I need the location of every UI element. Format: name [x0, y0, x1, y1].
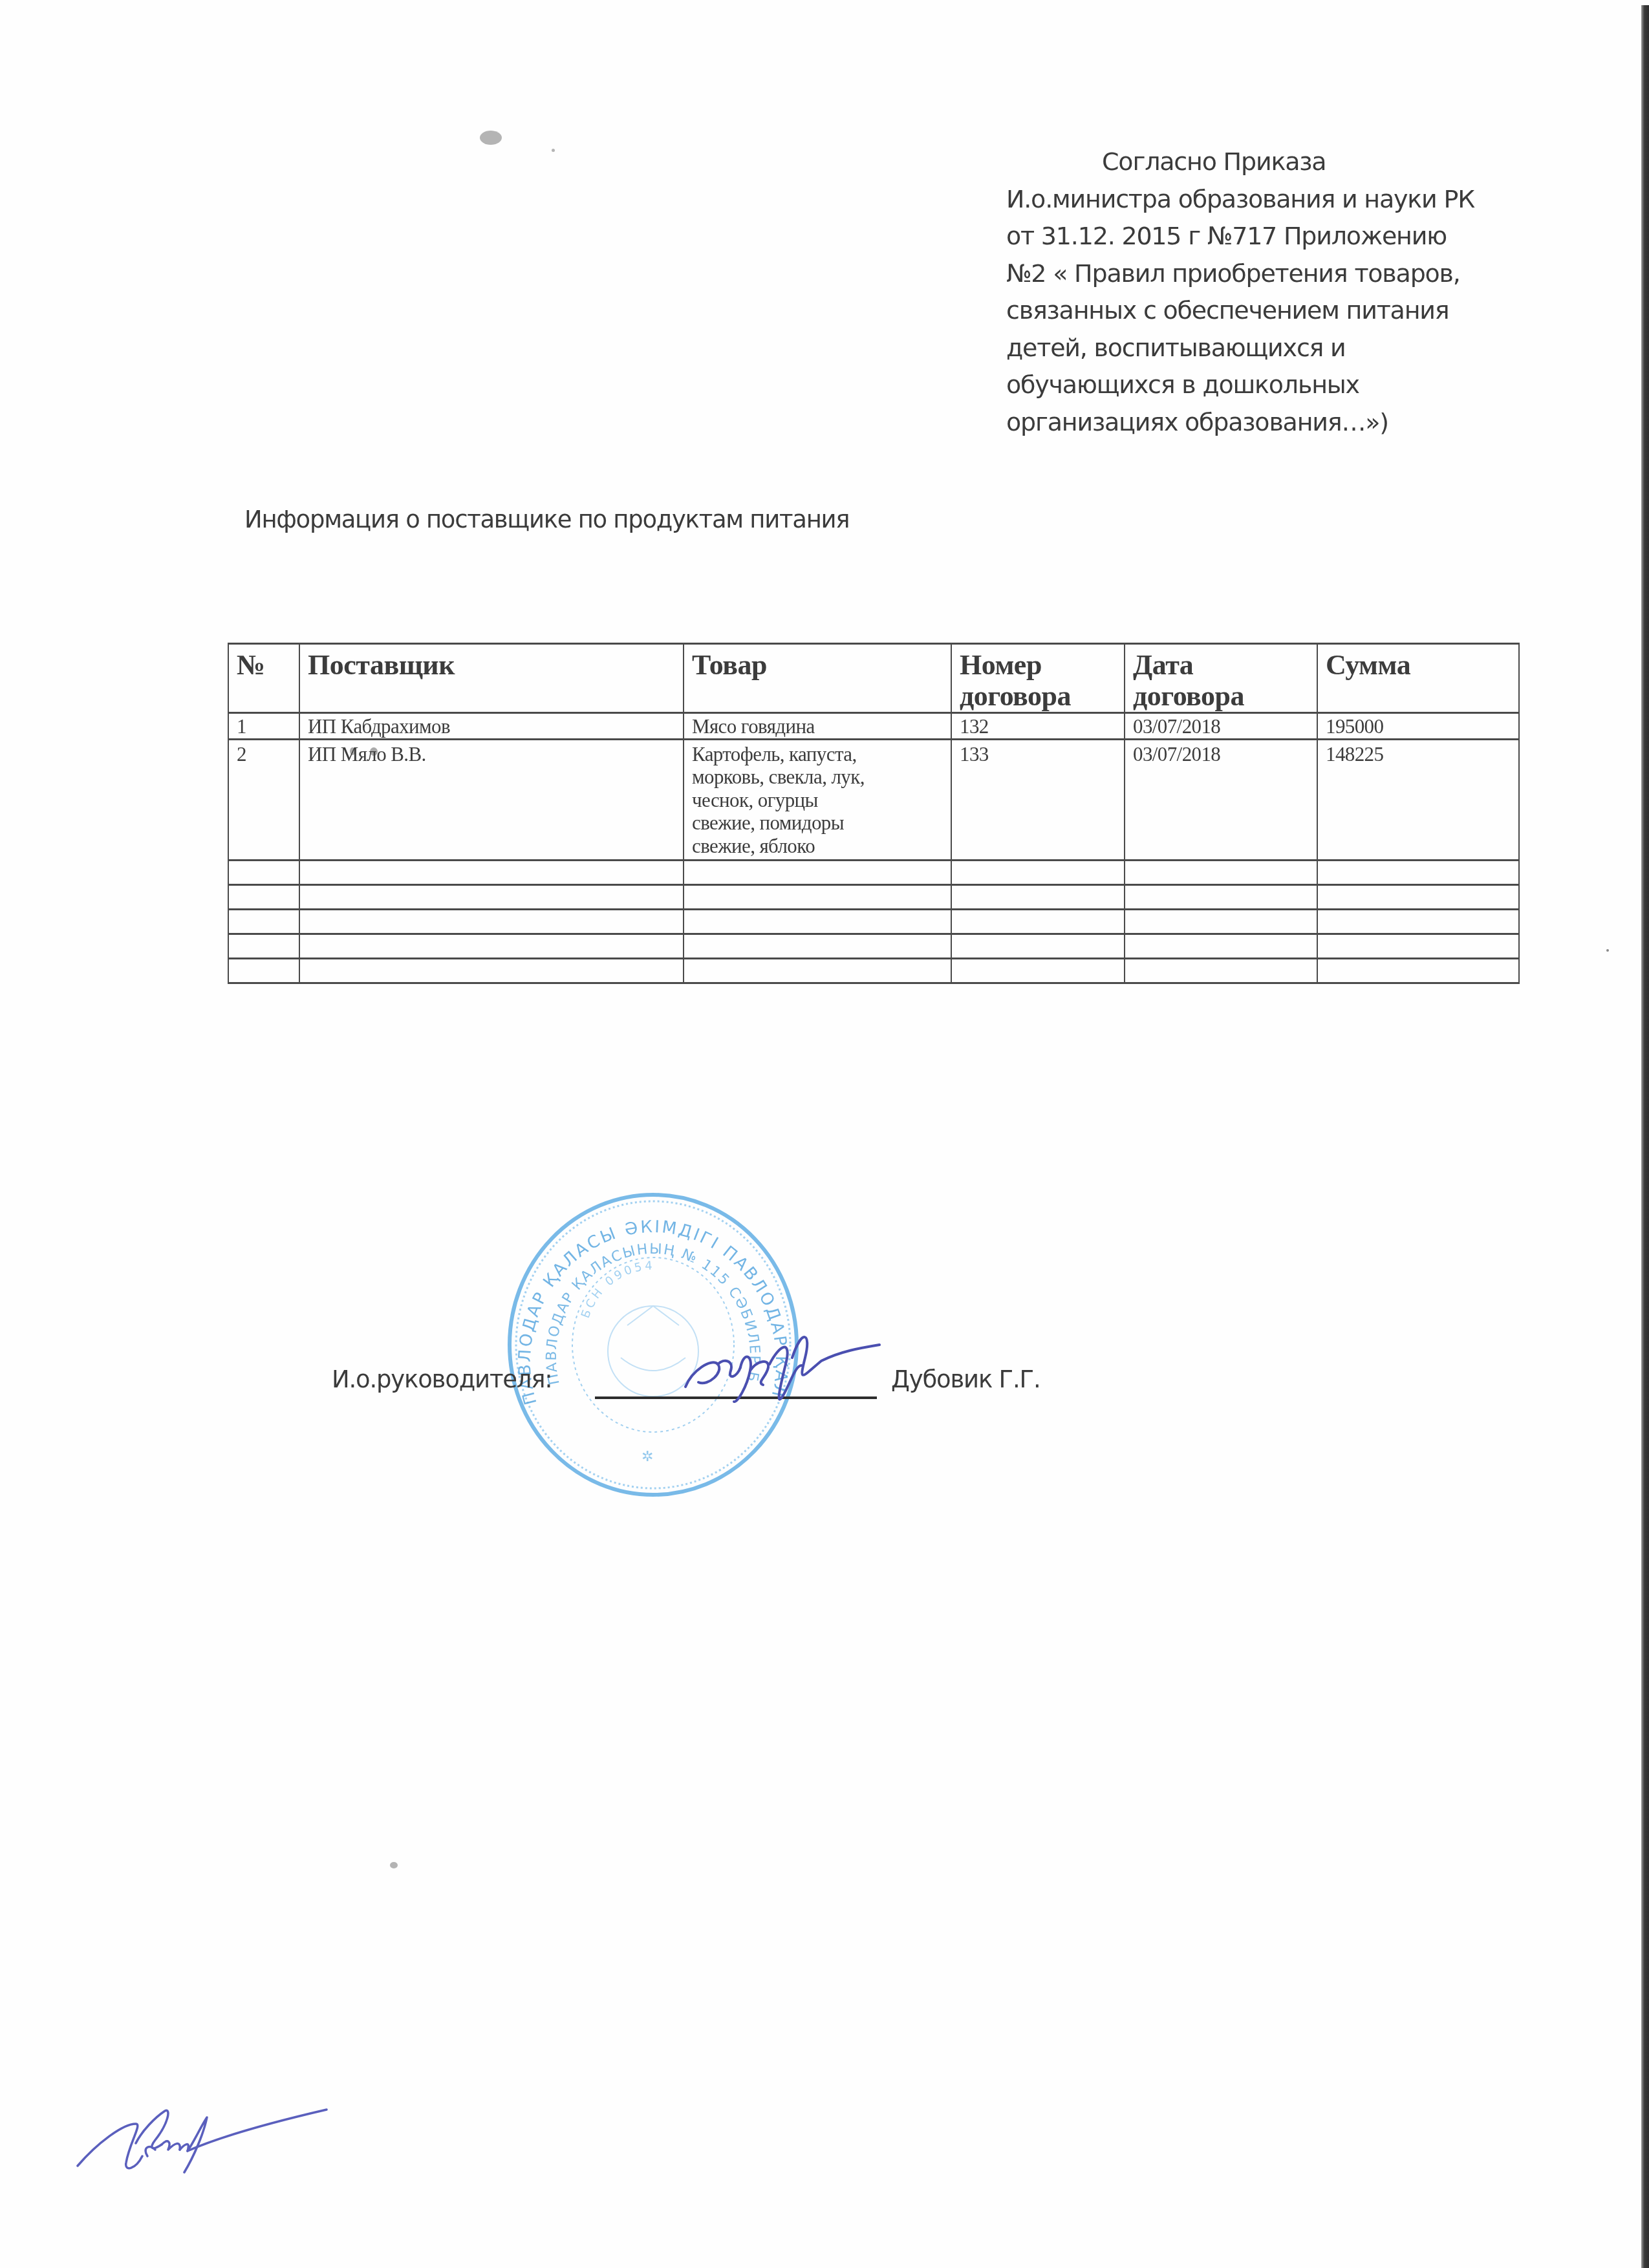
cell-goods-line: морковь, свекла, лук, [692, 765, 944, 789]
signatory-name: Дубовик Г.Г. [891, 1365, 1040, 1393]
cell-num: 1 [228, 713, 299, 740]
cell-goods-line: чеснок, огурцы [692, 789, 944, 812]
order-reference-line: И.о.министра образования и науки РК [1006, 181, 1536, 219]
header-supplier: Поставщик [299, 644, 684, 713]
cell-contract-number: 132 [951, 713, 1125, 740]
header-contract-number-line2: договора [960, 681, 1117, 712]
cell-amount: 148225 [1317, 739, 1519, 860]
header-contract-number: Номер договора [951, 644, 1125, 713]
cell-supplier: ИП Мяло В.В. [299, 739, 684, 860]
order-reference-line: связанных с обеспечением питания [1006, 292, 1536, 330]
cell-contract-date: 03/07/2018 [1125, 739, 1317, 860]
empty-table-row [228, 934, 1519, 958]
cell-goods: Мясо говядина [684, 713, 951, 740]
header-contract-date-line2: договора [1133, 681, 1310, 712]
suppliers-table: № Поставщик Товар Номер договора Дата до… [228, 643, 1520, 984]
handwritten-signature-icon [673, 1325, 886, 1409]
order-reference: Согласно Приказа И.о.министра образовани… [1006, 144, 1536, 441]
cell-contract-date: 03/07/2018 [1125, 713, 1317, 740]
empty-table-row [228, 860, 1519, 884]
cell-amount: 195000 [1317, 713, 1519, 740]
order-reference-line: детей, воспитывающихся и [1006, 330, 1536, 367]
table-row: 1 ИП Кабдрахимов Мясо говядина 132 03/07… [228, 713, 1519, 740]
header-num: № [228, 644, 299, 713]
header-contract-date-line1: Дата [1133, 650, 1310, 681]
scan-speck [480, 131, 502, 145]
table-header-row: № Поставщик Товар Номер договора Дата до… [228, 644, 1519, 713]
signatory-title: И.о.руководителя: [332, 1365, 552, 1393]
cell-goods-line: свежие, яблоко [692, 835, 944, 858]
cell-supplier: ИП Кабдрахимов [299, 713, 684, 740]
svg-text:✲: ✲ [641, 1448, 653, 1464]
empty-table-row [228, 884, 1519, 909]
order-reference-line: организациях образования…») [1006, 404, 1536, 442]
order-reference-line: обучающихся в дошкольных [1006, 367, 1536, 404]
document-title: Информация о поставщике по продуктам пит… [244, 506, 849, 533]
order-reference-line: от 31.12. 2015 г №717 Приложению [1006, 218, 1536, 255]
scan-speck [390, 1862, 398, 1868]
header-amount: Сумма [1317, 644, 1519, 713]
cell-goods-line: Картофель, капуста, [692, 743, 944, 766]
scan-speck [552, 149, 555, 152]
order-reference-line: №2 « Правил приобретения товаров, [1006, 255, 1536, 293]
scan-border [1641, 5, 1649, 2268]
order-reference-line: Согласно Приказа [1006, 144, 1536, 181]
header-goods: Товар [684, 644, 951, 713]
header-contract-number-line1: Номер [960, 650, 1117, 681]
empty-table-row [228, 958, 1519, 983]
cell-num: 2 [228, 739, 299, 860]
cell-goods: Картофель, капуста, морковь, свекла, лук… [684, 739, 951, 860]
cell-contract-number: 133 [951, 739, 1125, 860]
header-contract-date: Дата договора [1125, 644, 1317, 713]
initials-signature-icon [71, 2104, 330, 2176]
empty-table-row [228, 909, 1519, 934]
table-row: 2 ИП Мяло В.В. Картофель, капуста, морко… [228, 739, 1519, 860]
scan-speck [1606, 949, 1609, 952]
cell-goods-line: свежие, помидоры [692, 811, 944, 835]
